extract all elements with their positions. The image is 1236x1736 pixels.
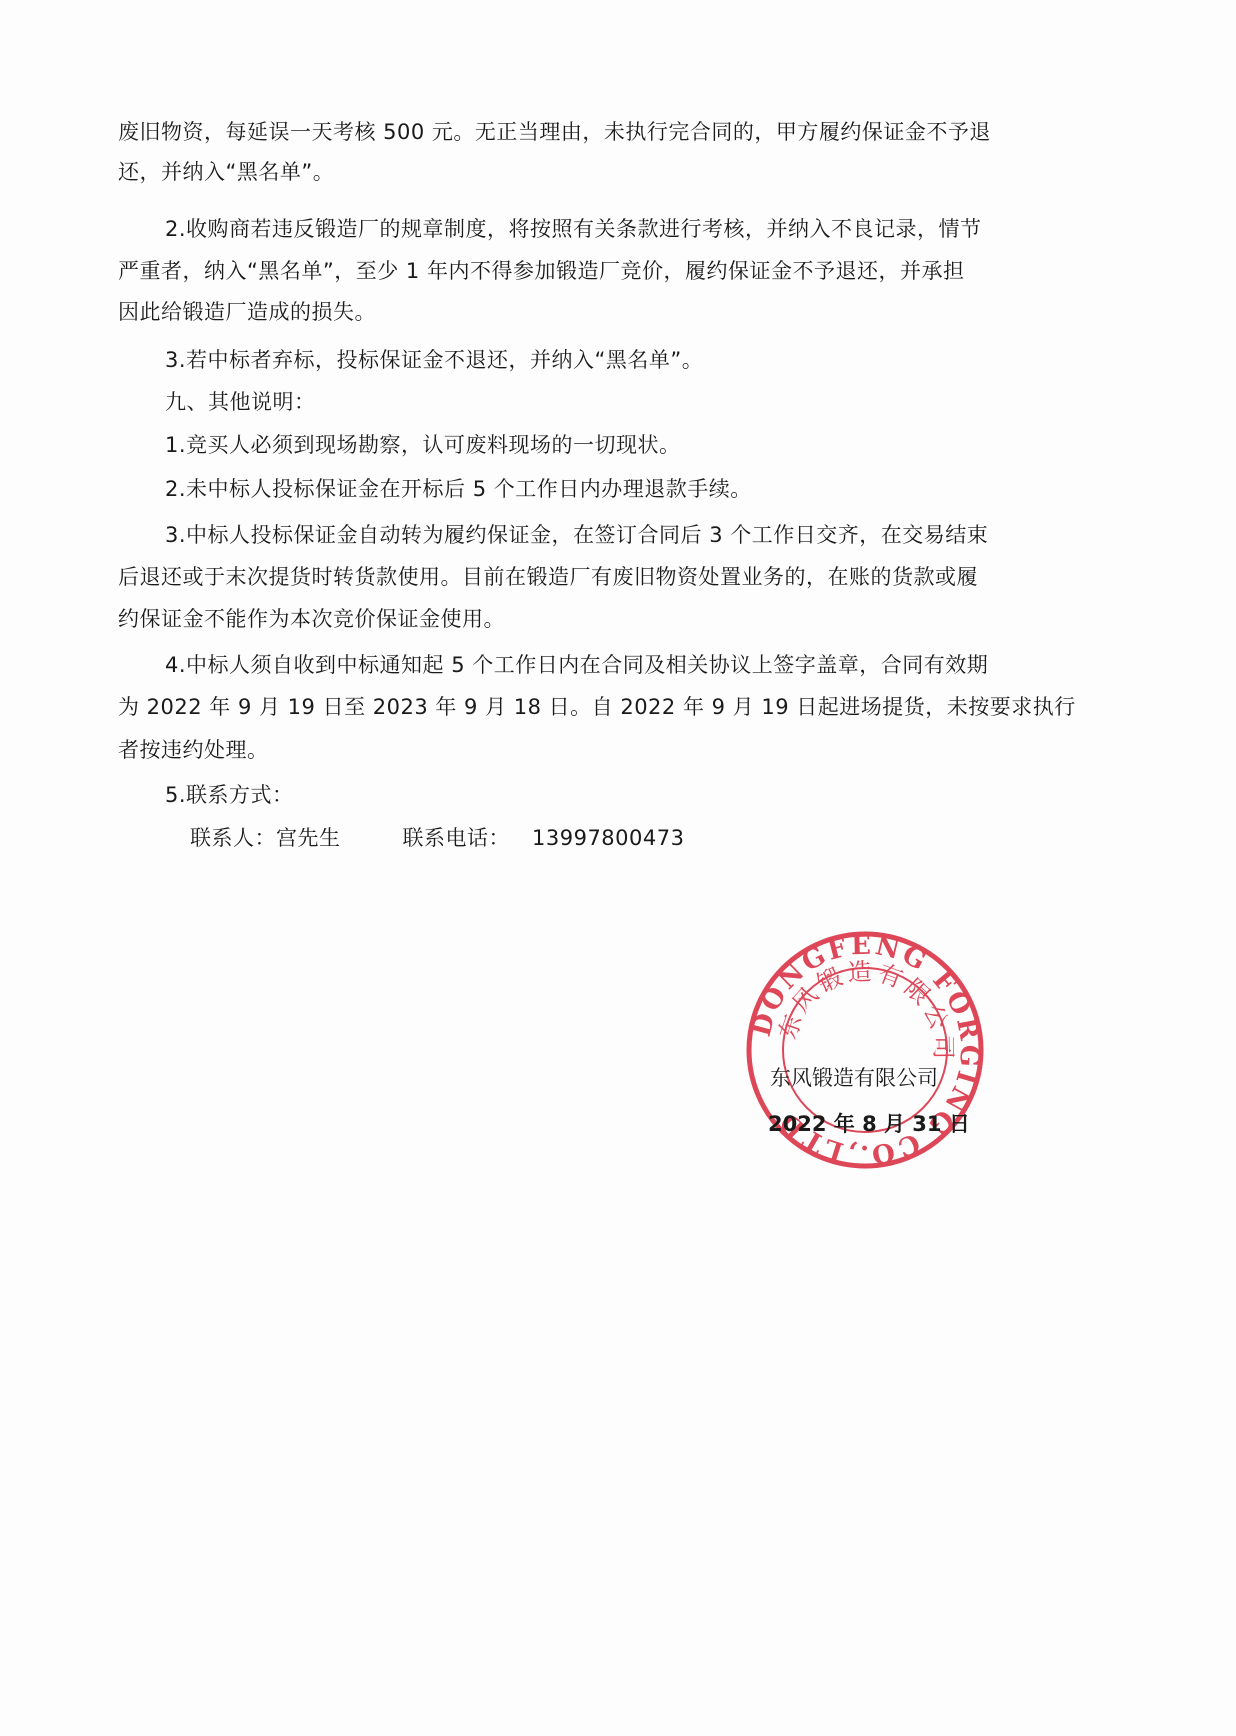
paragraph-line: 2.收购商若违反锻造厂的规章制度，将按照有关条款进行考核，并纳入不良记录，情节 (165, 214, 982, 244)
paragraph-line: 为 2022 年 9 月 19 日至 2023 年 9 月 18 日。自 202… (118, 692, 1076, 722)
list-item: 4.中标人须自收到中标通知起 5 个工作日内在合同及相关协议上签字盖章，合同有效… (165, 650, 988, 680)
contact-info: 联系人： 宫先生 联系电话： 13997800473 (190, 823, 684, 853)
paragraph-line: 废旧物资，每延误一天考核 500 元。无正当理由，未执行完合同的，甲方履约保证金… (118, 117, 991, 147)
paragraph-line: 后退还或于末次提货时转货款使用。目前在锻造厂有废旧物资处置业务的，在账的货款或履 (118, 562, 978, 592)
paragraph-line: 还，并纳入“黑名单”。 (118, 157, 334, 187)
paragraph-line: 严重者，纳入“黑名单”，至少 1 年内不得参加锻造厂竞价，履约保证金不予退还，并… (118, 256, 964, 286)
list-item: 3.中标人投标保证金自动转为履约保证金，在签订合同后 3 个工作日交齐，在交易结… (165, 520, 988, 550)
contact-phone-number: 13997800473 (532, 823, 684, 853)
paragraph-line: 因此给锻造厂造成的损失。 (118, 297, 376, 327)
paragraph-line: 3.若中标者弃标，投标保证金不退还，并纳入“黑名单”。 (165, 345, 703, 375)
contact-person-name: 宫先生 (276, 823, 341, 853)
paragraph-line: 约保证金不能作为本次竞价保证金使用。 (118, 604, 505, 634)
contact-phone-label: 联系电话： (403, 823, 511, 853)
contact-person-label: 联系人： (190, 823, 276, 853)
list-item: 2.未中标人投标保证金在开标后 5 个工作日内办理退款手续。 (165, 474, 752, 504)
document-page: 废旧物资，每延误一天考核 500 元。无正当理由，未执行完合同的，甲方履约保证金… (0, 0, 1236, 1736)
list-item: 1.竞买人必须到现场勘察，认可废料现场的一切现状。 (165, 430, 681, 460)
list-item: 5.联系方式： (165, 780, 294, 810)
signature-date: 2022 年 8 月 31 日 (768, 1109, 970, 1139)
section-heading: 九、其他说明： (165, 387, 316, 417)
paragraph-line: 者按违约处理。 (118, 735, 269, 765)
signature-company: 东风锻造有限公司 (770, 1063, 938, 1093)
